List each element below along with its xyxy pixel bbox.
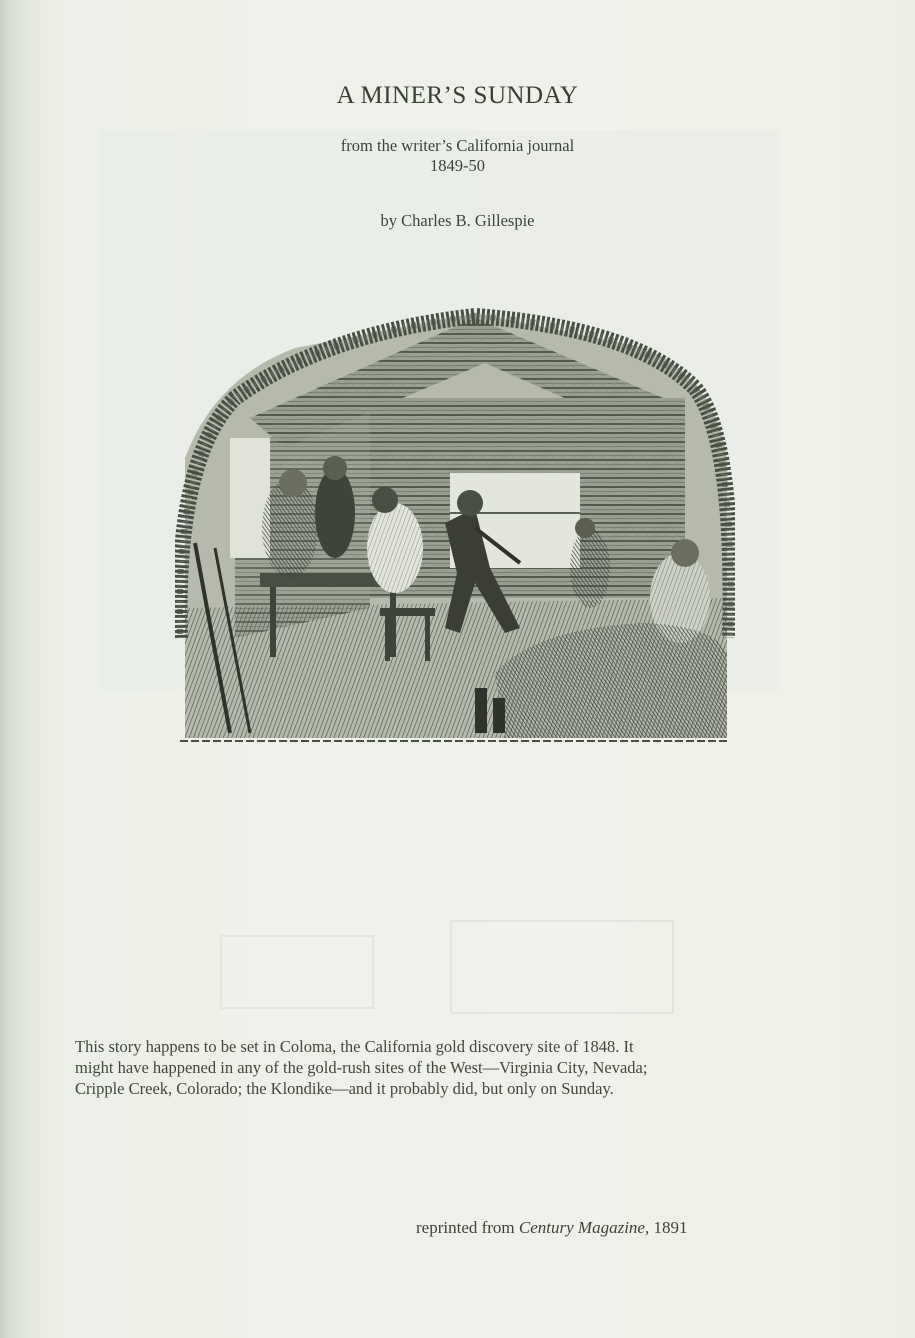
byline: by Charles B. Gillespie [0, 211, 915, 231]
show-through-block-left [220, 935, 374, 1009]
cabin-engraving-illustration [175, 308, 735, 750]
intro-line: Cripple Creek, Colorado; the Klondike—an… [75, 1078, 825, 1099]
intro-line: This story happens to be set in Coloma, … [75, 1036, 825, 1057]
subtitle-years: 1849-50 [0, 156, 915, 176]
intro-line: might have happened in any of the gold-r… [75, 1057, 825, 1078]
show-through-block-right [450, 920, 674, 1014]
credit-year: 1891 [649, 1218, 687, 1237]
show-through-from-reverse [205, 915, 675, 1010]
page-title: A MINER’S SUNDAY [0, 82, 915, 110]
engraving-icon [175, 308, 735, 750]
credit-prefix: reprinted from [416, 1218, 519, 1237]
intro-paragraph: This story happens to be set in Coloma, … [75, 1036, 825, 1099]
subtitle: from the writer’s California journal 184… [0, 136, 915, 176]
credit-publication: Century Magazine, [519, 1218, 649, 1237]
source-credit: reprinted from Century Magazine, 1891 [416, 1218, 687, 1238]
subtitle-source: from the writer’s California journal [0, 136, 915, 156]
